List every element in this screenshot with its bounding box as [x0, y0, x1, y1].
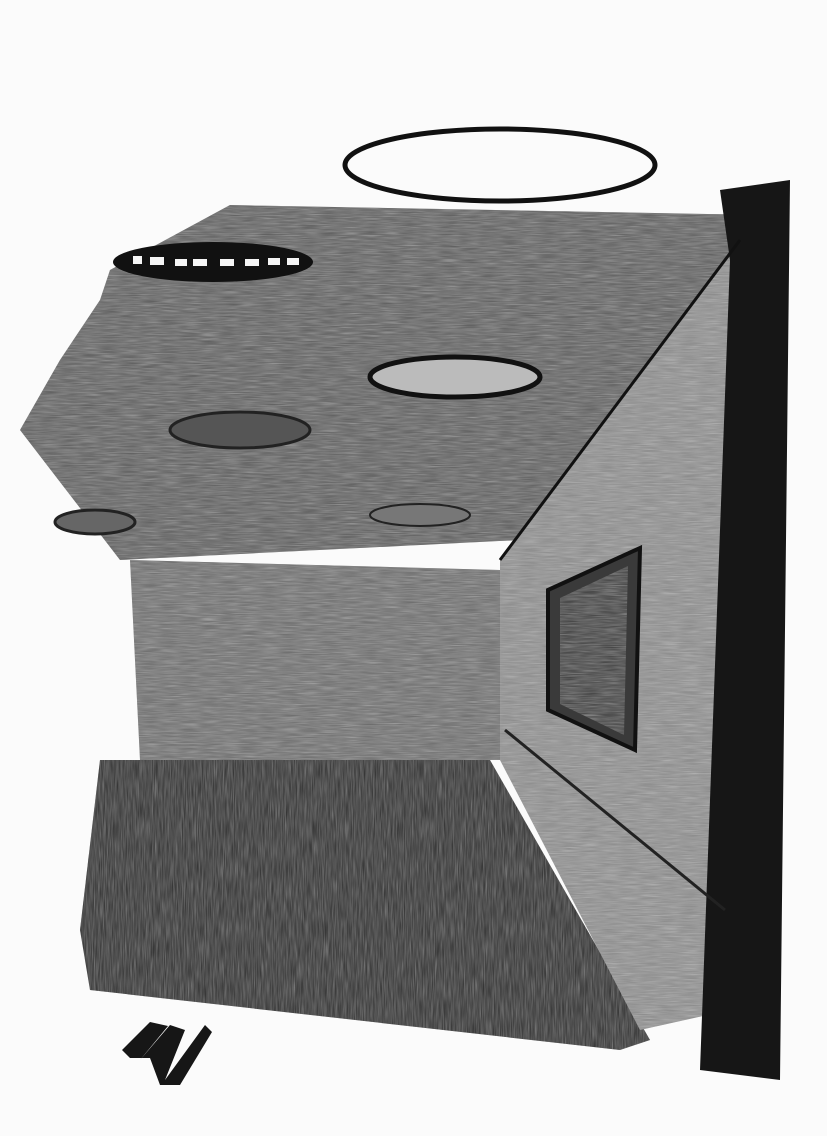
signature-mark: [122, 1022, 212, 1085]
oval-light-mid: [370, 357, 540, 397]
back-wall: [130, 560, 500, 760]
oval-light-left: [170, 412, 310, 448]
oval-light-striped: [113, 242, 313, 282]
oval-light-small: [55, 510, 135, 534]
oval-light-large: [345, 129, 655, 201]
corridor-sketch: [0, 0, 827, 1136]
sketch-canvas: [0, 0, 827, 1136]
oval-light-back: [370, 504, 470, 526]
